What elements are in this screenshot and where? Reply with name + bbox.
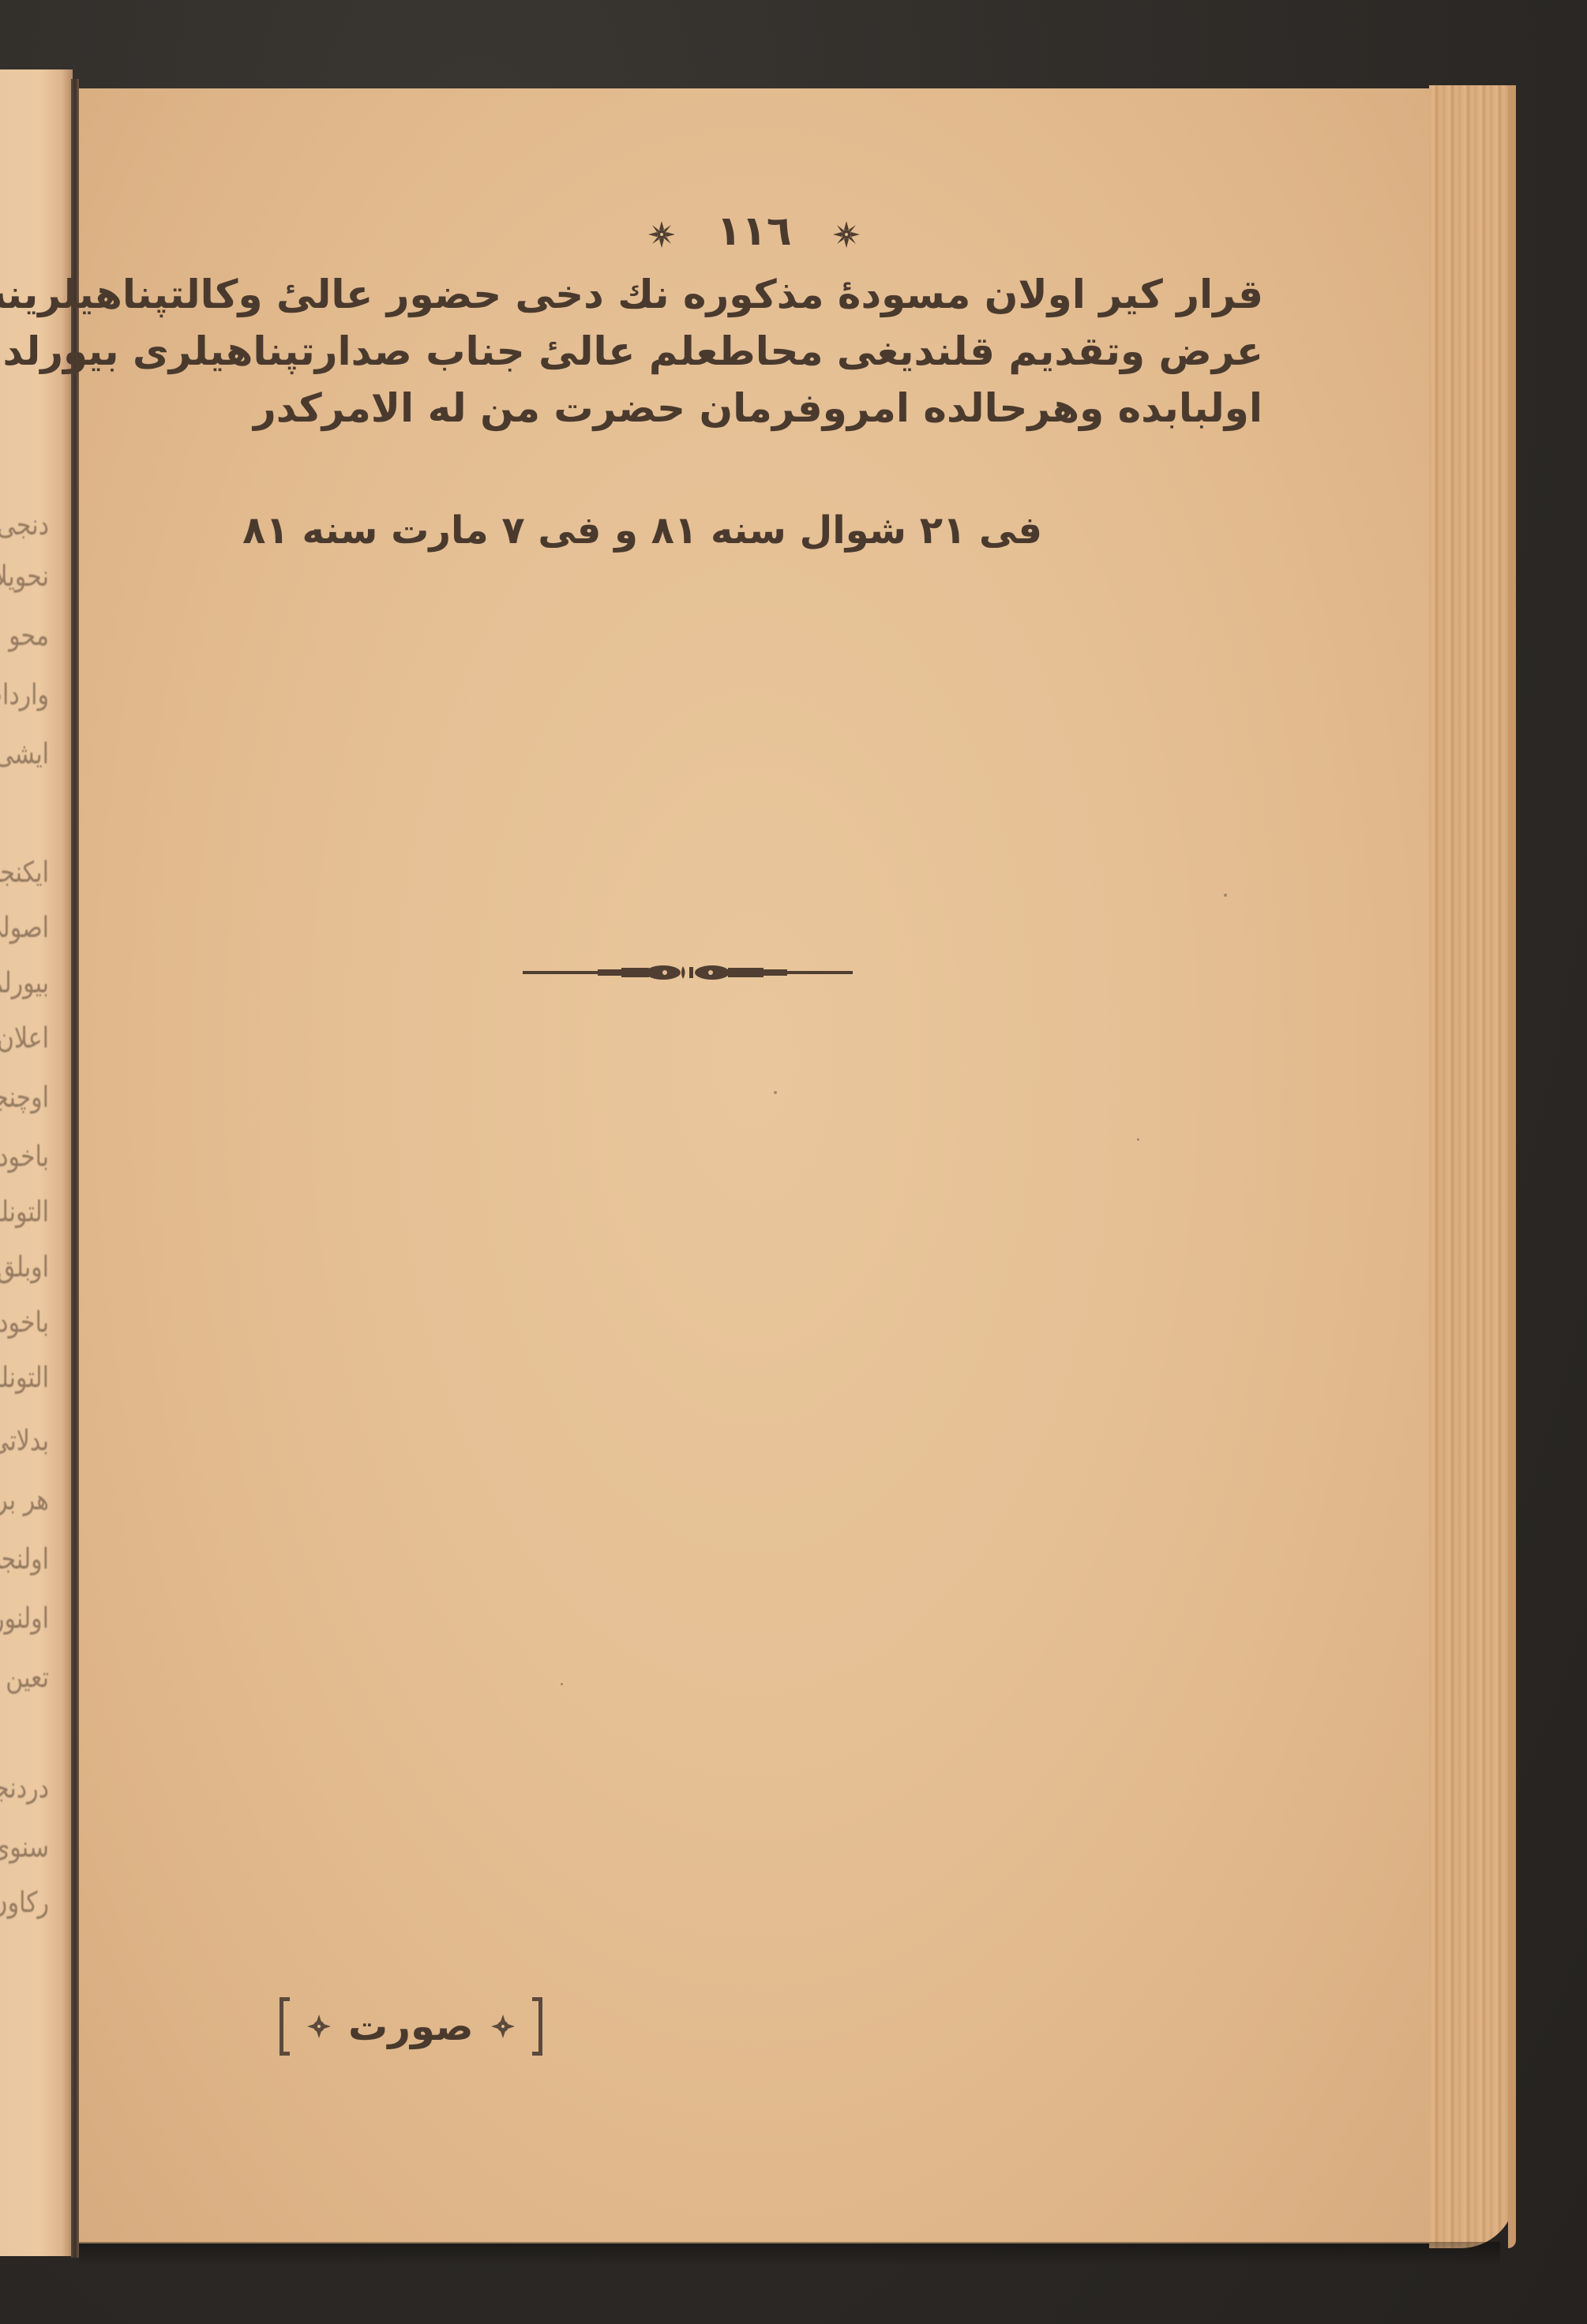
page-bottom-shadow bbox=[79, 2242, 1500, 2266]
body-line-3: اولبابده وهرحالده امروفرمان حضرت من له ا… bbox=[158, 380, 1263, 437]
margin-fragment: نحويلا bbox=[0, 560, 49, 594]
margin-fragment: ركاون bbox=[0, 1887, 49, 1920]
page-header: ١١٦ bbox=[79, 207, 1429, 255]
catchword-text: صورت bbox=[348, 2004, 474, 2049]
margin-fragment: تعين bbox=[6, 1662, 49, 1695]
page-number: ١١٦ bbox=[716, 208, 791, 255]
margin-fragment: بيورلمه bbox=[0, 967, 49, 1000]
main-page: ١١٦ قرار كير اولان مسودهٔ مذكوره نك دخى … bbox=[79, 88, 1429, 2243]
margin-fragment: ايشى bbox=[0, 738, 49, 771]
margin-fragment: اولنور bbox=[0, 1602, 49, 1636]
left-page-text-fragments: دنجى نحويلا محو بيا واردات ايشى ايكنجى ا… bbox=[0, 69, 73, 2256]
bracket-left-icon bbox=[280, 1997, 290, 2056]
margin-fragment: باخود bbox=[0, 1306, 49, 1340]
date-line: فى ٢١ شوال سنه ٨١ و فى ٧ مارت سنه ٨١ bbox=[332, 508, 1042, 553]
margin-fragment: اصولى bbox=[0, 912, 49, 945]
margin-fragment: بدلاتى bbox=[0, 1425, 49, 1458]
book-gutter bbox=[71, 79, 79, 2258]
margin-fragment: باخود bbox=[0, 1141, 49, 1174]
margin-fragment: واردات bbox=[0, 679, 49, 712]
ornamental-divider-icon bbox=[523, 961, 854, 984]
left-facing-page: دنجى نحويلا محو بيا واردات ايشى ايكنجى ا… bbox=[0, 69, 73, 2256]
margin-fragment: التونلق bbox=[0, 1362, 49, 1395]
body-line-1: قرار كير اولان مسودهٔ مذكوره نك دخى حضور… bbox=[158, 266, 1263, 323]
margin-fragment: محو بيا bbox=[0, 620, 49, 653]
margin-fragment: دنجى bbox=[0, 509, 49, 542]
margin-fragment: ايكنجى bbox=[0, 857, 49, 890]
body-paragraph: قرار كير اولان مسودهٔ مذكوره نك دخى حضور… bbox=[158, 266, 1263, 437]
fleuron-left-icon bbox=[642, 215, 681, 254]
fleuron-left-icon bbox=[299, 2007, 339, 2046]
margin-fragment: اوچنجى bbox=[0, 1081, 49, 1115]
margin-fragment: التونلق bbox=[0, 1196, 49, 1229]
margin-fragment: هر بر bbox=[0, 1484, 49, 1517]
margin-fragment: اعلان bbox=[0, 1022, 49, 1055]
catchword: صورت bbox=[280, 1991, 542, 2062]
fleuron-right-icon bbox=[827, 215, 866, 254]
margin-fragment: اوبلق bbox=[0, 1251, 49, 1284]
page-block-edges bbox=[1429, 85, 1516, 2248]
margin-fragment: اولنجى bbox=[0, 1543, 49, 1576]
body-line-2: عرض وتقديم قلنديغى محاطعلم عالىٔ جناب صد… bbox=[158, 323, 1263, 380]
bracket-right-icon bbox=[532, 1997, 542, 2056]
margin-fragment: سنوى bbox=[0, 1831, 49, 1865]
margin-fragment: دردنجى bbox=[0, 1772, 49, 1805]
fleuron-right-icon bbox=[483, 2007, 523, 2046]
